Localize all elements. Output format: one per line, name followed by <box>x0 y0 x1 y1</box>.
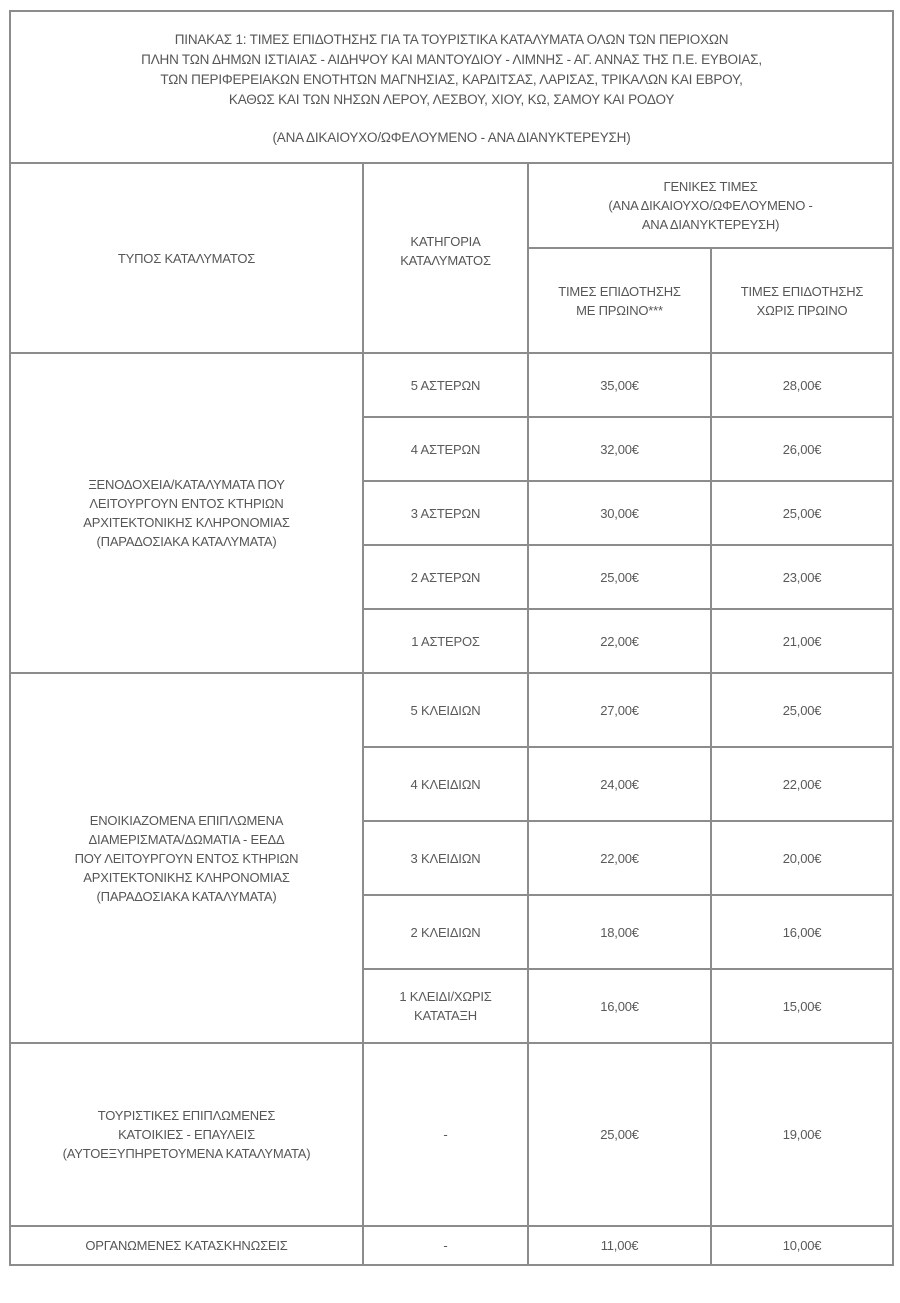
category-cell: 5 ΑΣΤΕΡΩΝ <box>363 353 528 417</box>
price-without-breakfast: 28,00€ <box>711 353 893 417</box>
header-general-prices: ΓΕΝΙΚΕΣ ΤΙΜΕΣ (ΑΝΑ ΔΙΚΑΙΟΥΧΟ/ΩΦΕΛΟΥΜΕΝΟ … <box>528 163 893 248</box>
accommodation-type-line: ΚΑΤΟΙΚΙΕΣ - ΕΠΑΥΛΕΙΣ <box>17 1125 356 1144</box>
price-without-breakfast: 20,00€ <box>711 821 893 895</box>
table-row: ΟΡΓΑΝΩΜΕΝΕΣ ΚΑΤΑΣΚΗΝΩΣΕΙΣ-11,00€10,00€ <box>10 1226 893 1265</box>
table-row: ΤΟΥΡΙΣΤΙΚΕΣ ΕΠΙΠΛΩΜΕΝΕΣΚΑΤΟΙΚΙΕΣ - ΕΠΑΥΛ… <box>10 1043 893 1226</box>
accommodation-type-line: ΑΡΧΙΤΕΚΤΟΝΙΚΗΣ ΚΛΗΡΟΝΟΜΙΑΣ <box>17 868 356 887</box>
price-with-breakfast: 22,00€ <box>528 609 711 673</box>
category-cell: 3 ΚΛΕΙΔΙΩΝ <box>363 821 528 895</box>
price-with-breakfast: 22,00€ <box>528 821 711 895</box>
accommodation-type-line: ΛΕΙΤΟΥΡΓΟΥΝ ΕΝΤΟΣ ΚΤΗΡΙΩΝ <box>17 494 356 513</box>
header-with-breakfast: ΤΙΜΕΣ ΕΠΙΔΟΤΗΣΗΣ ΜΕ ΠΡΩΙΝΟ*** <box>528 248 711 353</box>
category-cell: 2 ΑΣΤΕΡΩΝ <box>363 545 528 609</box>
price-with-breakfast: 27,00€ <box>528 673 711 747</box>
subsidy-rates-table: ΠΙΝΑΚΑΣ 1: ΤΙΜΕΣ ΕΠΙΔΟΤΗΣΗΣ ΓΙΑ ΤΑ ΤΟΥΡΙ… <box>9 10 894 1266</box>
price-without-breakfast: 10,00€ <box>711 1226 893 1265</box>
title-line: ΤΩΝ ΠΕΡΙΦΕΡΕΙΑΚΩΝ ΕΝΟΤΗΤΩΝ ΜΑΓΝΗΣΙΑΣ, ΚΑ… <box>17 70 886 90</box>
category-cell: 1 ΑΣΤΕΡΟΣ <box>363 609 528 673</box>
category-cell: 3 ΑΣΤΕΡΩΝ <box>363 481 528 545</box>
title-line: ΚΑΘΩΣ ΚΑΙ ΤΩΝ ΝΗΣΩΝ ΛΕΡΟΥ, ΛΕΣΒΟΥ, ΧΙΟΥ,… <box>17 90 886 110</box>
subsidy-table-document: ΠΙΝΑΚΑΣ 1: ΤΙΜΕΣ ΕΠΙΔΟΤΗΣΗΣ ΓΙΑ ΤΑ ΤΟΥΡΙ… <box>9 10 892 1266</box>
price-with-breakfast: 35,00€ <box>528 353 711 417</box>
accommodation-type-cell: ΕΝΟΙΚΙΑΖΟΜΕΝΑ ΕΠΙΠΛΩΜΕΝΑΔΙΑΜΕΡΙΣΜΑΤΑ/ΔΩΜ… <box>10 673 363 1043</box>
category-cell: - <box>363 1043 528 1226</box>
accommodation-type-line: ΑΡΧΙΤΕΚΤΟΝΙΚΗΣ ΚΛΗΡΟΝΟΜΙΑΣ <box>17 513 356 532</box>
accommodation-type-line: (ΠΑΡΑΔΟΣΙΑΚΑ ΚΑΤΑΛΥΜΑΤΑ) <box>17 532 356 551</box>
price-with-breakfast: 32,00€ <box>528 417 711 481</box>
header-accommodation-type: ΤΥΠΟΣ ΚΑΤΑΛΥΜΑΤΟΣ <box>10 163 363 353</box>
price-without-breakfast: 23,00€ <box>711 545 893 609</box>
price-with-breakfast: 25,00€ <box>528 545 711 609</box>
accommodation-type-cell: ΤΟΥΡΙΣΤΙΚΕΣ ΕΠΙΠΛΩΜΕΝΕΣΚΑΤΟΙΚΙΕΣ - ΕΠΑΥΛ… <box>10 1043 363 1226</box>
price-without-breakfast: 15,00€ <box>711 969 893 1043</box>
accommodation-type-cell: ΞΕΝΟΔΟΧΕΙΑ/ΚΑΤΑΛΥΜΑΤΑ ΠΟΥΛΕΙΤΟΥΡΓΟΥΝ ΕΝΤ… <box>10 353 363 673</box>
price-with-breakfast: 30,00€ <box>528 481 711 545</box>
price-without-breakfast: 26,00€ <box>711 417 893 481</box>
price-without-breakfast: 25,00€ <box>711 673 893 747</box>
accommodation-type-line: ΟΡΓΑΝΩΜΕΝΕΣ ΚΑΤΑΣΚΗΝΩΣΕΙΣ <box>17 1236 356 1255</box>
accommodation-type-line: ΕΝΟΙΚΙΑΖΟΜΕΝΑ ΕΠΙΠΛΩΜΕΝΑ <box>17 811 356 830</box>
price-without-breakfast: 19,00€ <box>711 1043 893 1226</box>
category-cell: 4 ΑΣΤΕΡΩΝ <box>363 417 528 481</box>
accommodation-type-line: ΞΕΝΟΔΟΧΕΙΑ/ΚΑΤΑΛΥΜΑΤΑ ΠΟΥ <box>17 475 356 494</box>
price-with-breakfast: 16,00€ <box>528 969 711 1043</box>
price-without-breakfast: 22,00€ <box>711 747 893 821</box>
header-without-breakfast: ΤΙΜΕΣ ΕΠΙΔΟΤΗΣΗΣ ΧΩΡΙΣ ΠΡΩΙΝΟ <box>711 248 893 353</box>
table-row: ΕΝΟΙΚΙΑΖΟΜΕΝΑ ΕΠΙΠΛΩΜΕΝΑΔΙΑΜΕΡΙΣΜΑΤΑ/ΔΩΜ… <box>10 673 893 747</box>
title-line: ΠΙΝΑΚΑΣ 1: ΤΙΜΕΣ ΕΠΙΔΟΤΗΣΗΣ ΓΙΑ ΤΑ ΤΟΥΡΙ… <box>17 30 886 50</box>
accommodation-type-cell: ΟΡΓΑΝΩΜΕΝΕΣ ΚΑΤΑΣΚΗΝΩΣΕΙΣ <box>10 1226 363 1265</box>
header-accommodation-category: ΚΑΤΗΓΟΡΙΑ ΚΑΤΑΛΥΜΑΤΟΣ <box>363 163 528 353</box>
category-cell: 1 ΚΛΕΙΔΙ/ΧΩΡΙΣΚΑΤΑΤΑΞΗ <box>363 969 528 1043</box>
table-body: ΞΕΝΟΔΟΧΕΙΑ/ΚΑΤΑΛΥΜΑΤΑ ΠΟΥΛΕΙΤΟΥΡΓΟΥΝ ΕΝΤ… <box>10 353 893 1265</box>
accommodation-type-line: ΤΟΥΡΙΣΤΙΚΕΣ ΕΠΙΠΛΩΜΕΝΕΣ <box>17 1106 356 1125</box>
category-cell: 5 ΚΛΕΙΔΙΩΝ <box>363 673 528 747</box>
price-without-breakfast: 21,00€ <box>711 609 893 673</box>
table-title: ΠΙΝΑΚΑΣ 1: ΤΙΜΕΣ ΕΠΙΔΟΤΗΣΗΣ ΓΙΑ ΤΑ ΤΟΥΡΙ… <box>10 11 893 163</box>
category-cell: - <box>363 1226 528 1265</box>
price-with-breakfast: 11,00€ <box>528 1226 711 1265</box>
accommodation-type-line: (ΠΑΡΑΔΟΣΙΑΚΑ ΚΑΤΑΛΥΜΑΤΑ) <box>17 887 356 906</box>
category-cell: 2 ΚΛΕΙΔΙΩΝ <box>363 895 528 969</box>
accommodation-type-line: (ΑΥΤΟΕΞΥΠΗΡΕΤΟΥΜΕΝΑ ΚΑΤΑΛΥΜΑΤΑ) <box>17 1144 356 1163</box>
table-row: ΞΕΝΟΔΟΧΕΙΑ/ΚΑΤΑΛΥΜΑΤΑ ΠΟΥΛΕΙΤΟΥΡΓΟΥΝ ΕΝΤ… <box>10 353 893 417</box>
price-with-breakfast: 24,00€ <box>528 747 711 821</box>
title-line: ΠΛΗΝ ΤΩΝ ΔΗΜΩΝ ΙΣΤΙΑΙΑΣ - ΑΙΔΗΨΟΥ ΚΑΙ ΜΑ… <box>17 50 886 70</box>
accommodation-type-line: ΔΙΑΜΕΡΙΣΜΑΤΑ/ΔΩΜΑΤΙΑ - ΕΕΔΔ <box>17 830 356 849</box>
price-with-breakfast: 18,00€ <box>528 895 711 969</box>
price-without-breakfast: 25,00€ <box>711 481 893 545</box>
category-cell: 4 ΚΛΕΙΔΙΩΝ <box>363 747 528 821</box>
title-subtitle: (ΑΝΑ ΔΙΚΑΙΟΥΧΟ/ΩΦΕΛΟΥΜΕΝΟ - ΑΝΑ ΔΙΑΝΥΚΤΕ… <box>17 128 886 148</box>
accommodation-type-line: ΠΟΥ ΛΕΙΤΟΥΡΓΟΥΝ ΕΝΤΟΣ ΚΤΗΡΙΩΝ <box>17 849 356 868</box>
price-without-breakfast: 16,00€ <box>711 895 893 969</box>
price-with-breakfast: 25,00€ <box>528 1043 711 1226</box>
